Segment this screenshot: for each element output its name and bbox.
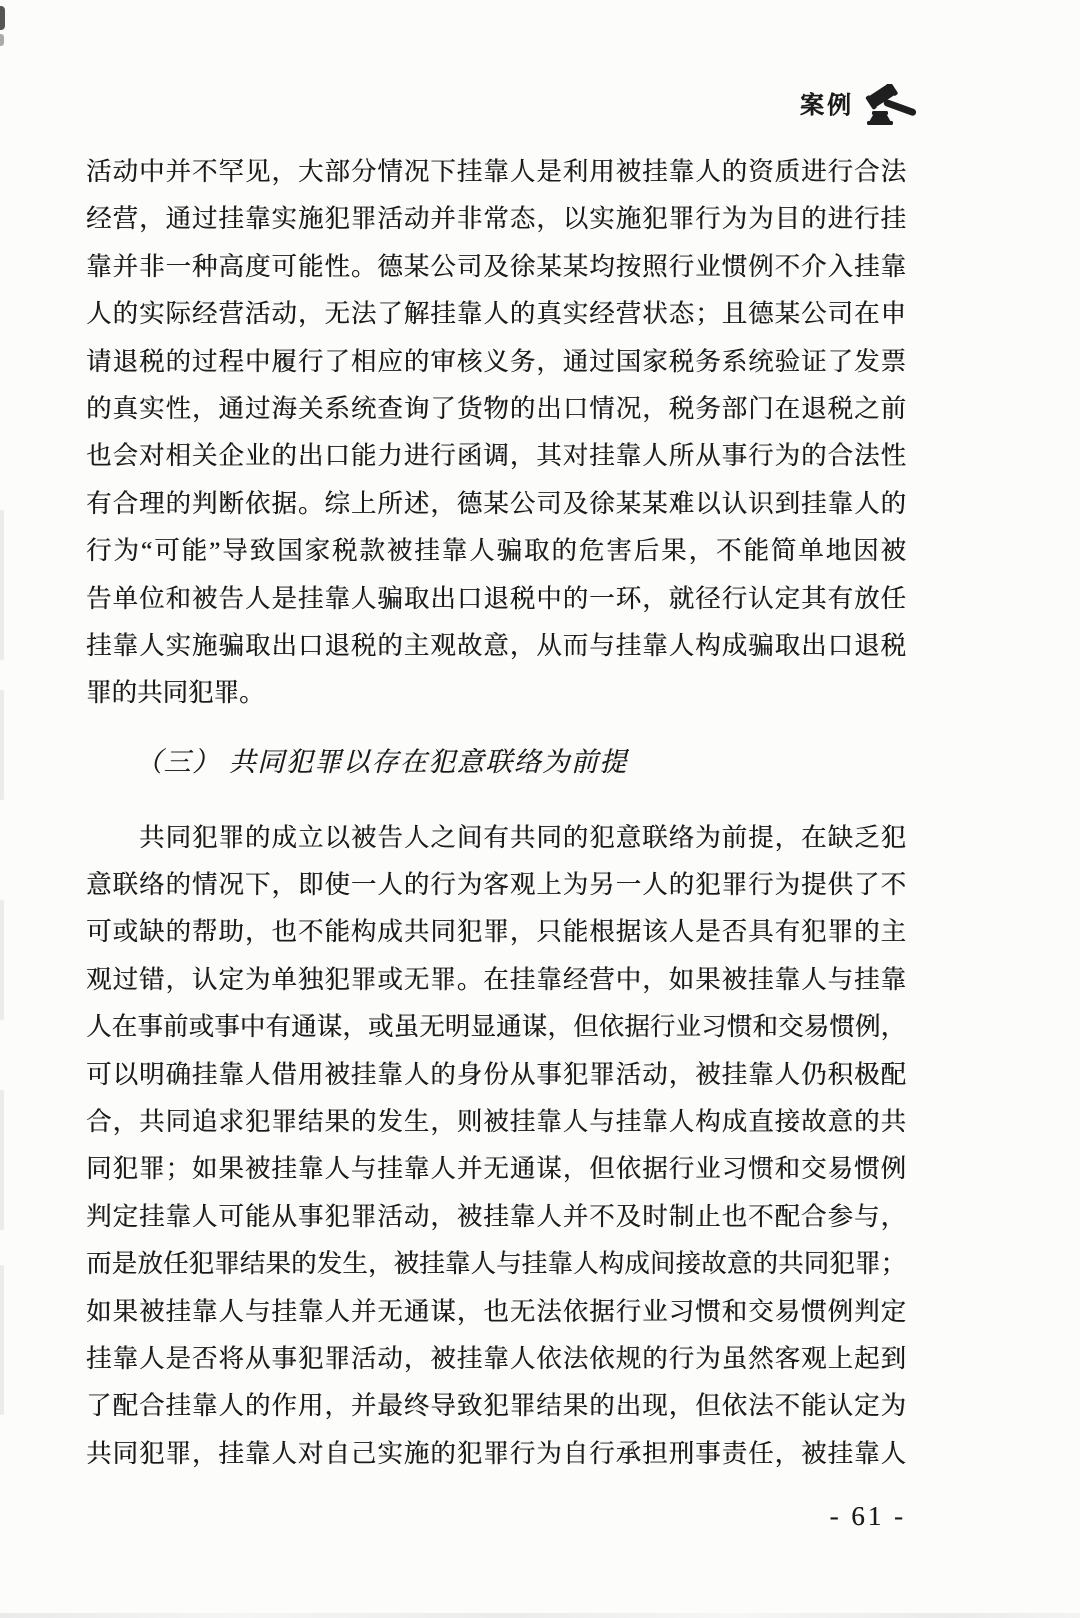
text-line: 意联络的情况下，即使一人的行为客观上为另一人的犯罪行为提供了不	[86, 861, 906, 908]
text-line: 活动中并不罕见，大部分情况下挂靠人是利用被挂靠人的资质进行合法	[86, 148, 906, 195]
page-number: - 61 -	[86, 1496, 906, 1536]
text-line: 经营，通过挂靠实施犯罪活动并非常态，以实施犯罪行为为目的进行挂	[86, 195, 906, 242]
scan-artifact	[0, 34, 4, 46]
text-line: 告单位和被告人是挂靠人骗取出口退税中的一环，就径行认定其有放任	[86, 575, 906, 622]
scan-artifact	[0, 510, 4, 660]
section-heading: （三） 共同犯罪以存在犯意联络为前提	[86, 739, 906, 786]
text-line: 可以明确挂靠人借用被挂靠人的身份从事犯罪活动，被挂靠人仍积极配	[86, 1051, 906, 1098]
scan-artifact	[0, 900, 4, 1020]
page-body: 活动中并不罕见，大部分情况下挂靠人是利用被挂靠人的资质进行合法经营，通过挂靠实施…	[86, 148, 906, 1477]
scan-artifact	[0, 1090, 4, 1230]
text-line: 人在事前或事中有通谋，或虽无明显通谋，但依据行业习惯和交易惯例，	[86, 1003, 906, 1050]
book-page: 案例	[0, 0, 1080, 1618]
scan-artifact	[0, 1265, 4, 1415]
text-line: 有合理的判断依据。综上所述，德某公司及徐某某难以认识到挂靠人的	[86, 480, 906, 527]
text-line: 判定挂靠人可能从事犯罪活动，被挂靠人并不及时制止也不配合参与，	[86, 1193, 906, 1240]
text-line: 人的实际经营活动，无法了解挂靠人的真实经营状态；且德某公司在申	[86, 290, 906, 337]
text-line: 合，共同追求犯罪结果的发生，则被挂靠人与挂靠人构成直接故意的共	[86, 1098, 906, 1145]
text-line: 而是放任犯罪结果的发生，被挂靠人与挂靠人构成间接故意的共同犯罪；	[86, 1240, 906, 1287]
scan-artifact	[0, 6, 5, 30]
gavel-icon	[864, 84, 920, 128]
text-line: 如果被挂靠人与挂靠人并无通谋，也无法依据行业习惯和交易惯例判定	[86, 1288, 906, 1335]
text-line: 靠并非一种高度可能性。德某公司及徐某某均按照行业惯例不介入挂靠	[86, 243, 906, 290]
page-header: 案例	[800, 84, 920, 128]
text-line: 行为“可能”导致国家税款被挂靠人骗取的危害后果，不能简单地因被	[86, 527, 906, 574]
text-line: 挂靠人实施骗取出口退税的主观故意，从而与挂靠人构成骗取出口退税	[86, 622, 906, 669]
text-line: 观过错，认定为单独犯罪或无罪。在挂靠经营中，如果被挂靠人与挂靠	[86, 956, 906, 1003]
header-section-label: 案例	[800, 84, 854, 128]
text-line: 挂靠人是否将从事犯罪活动，被挂靠人依法依规的行为虽然客观上起到	[86, 1335, 906, 1382]
text-line: 可或缺的帮助，也不能构成共同犯罪，只能根据该人是否具有犯罪的主	[86, 908, 906, 955]
paragraph-continuation: 活动中并不罕见，大部分情况下挂靠人是利用被挂靠人的资质进行合法经营，通过挂靠实施…	[86, 148, 906, 717]
paragraph-joint-crime: 共同犯罪的成立以被告人之间有共同的犯意联络为前提，在缺乏犯意联络的情况下，即使一…	[86, 814, 906, 1477]
text-line: 也会对相关企业的出口能力进行函调，其对挂靠人所从事行为的合法性	[86, 432, 906, 479]
text-line: 共同犯罪的成立以被告人之间有共同的犯意联络为前提，在缺乏犯	[86, 814, 906, 861]
text-line: 同犯罪；如果被挂靠人与挂靠人并无通谋，但依据行业习惯和交易惯例	[86, 1145, 906, 1192]
text-line: 请退税的过程中履行了相应的审核义务，通过国家税务系统验证了发票	[86, 338, 906, 385]
text-line: 共同犯罪，挂靠人对自己实施的犯罪行为自行承担刑事责任，被挂靠人	[86, 1430, 906, 1477]
scan-artifact	[0, 1613, 1080, 1618]
scan-artifact	[0, 690, 4, 800]
text-line: 的真实性，通过海关系统查询了货物的出口情况，税务部门在退税之前	[86, 385, 906, 432]
text-line: 罪的共同犯罪。	[86, 669, 906, 716]
text-line: 了配合挂靠人的作用，并最终导致犯罪结果的出现，但依法不能认定为	[86, 1382, 906, 1429]
